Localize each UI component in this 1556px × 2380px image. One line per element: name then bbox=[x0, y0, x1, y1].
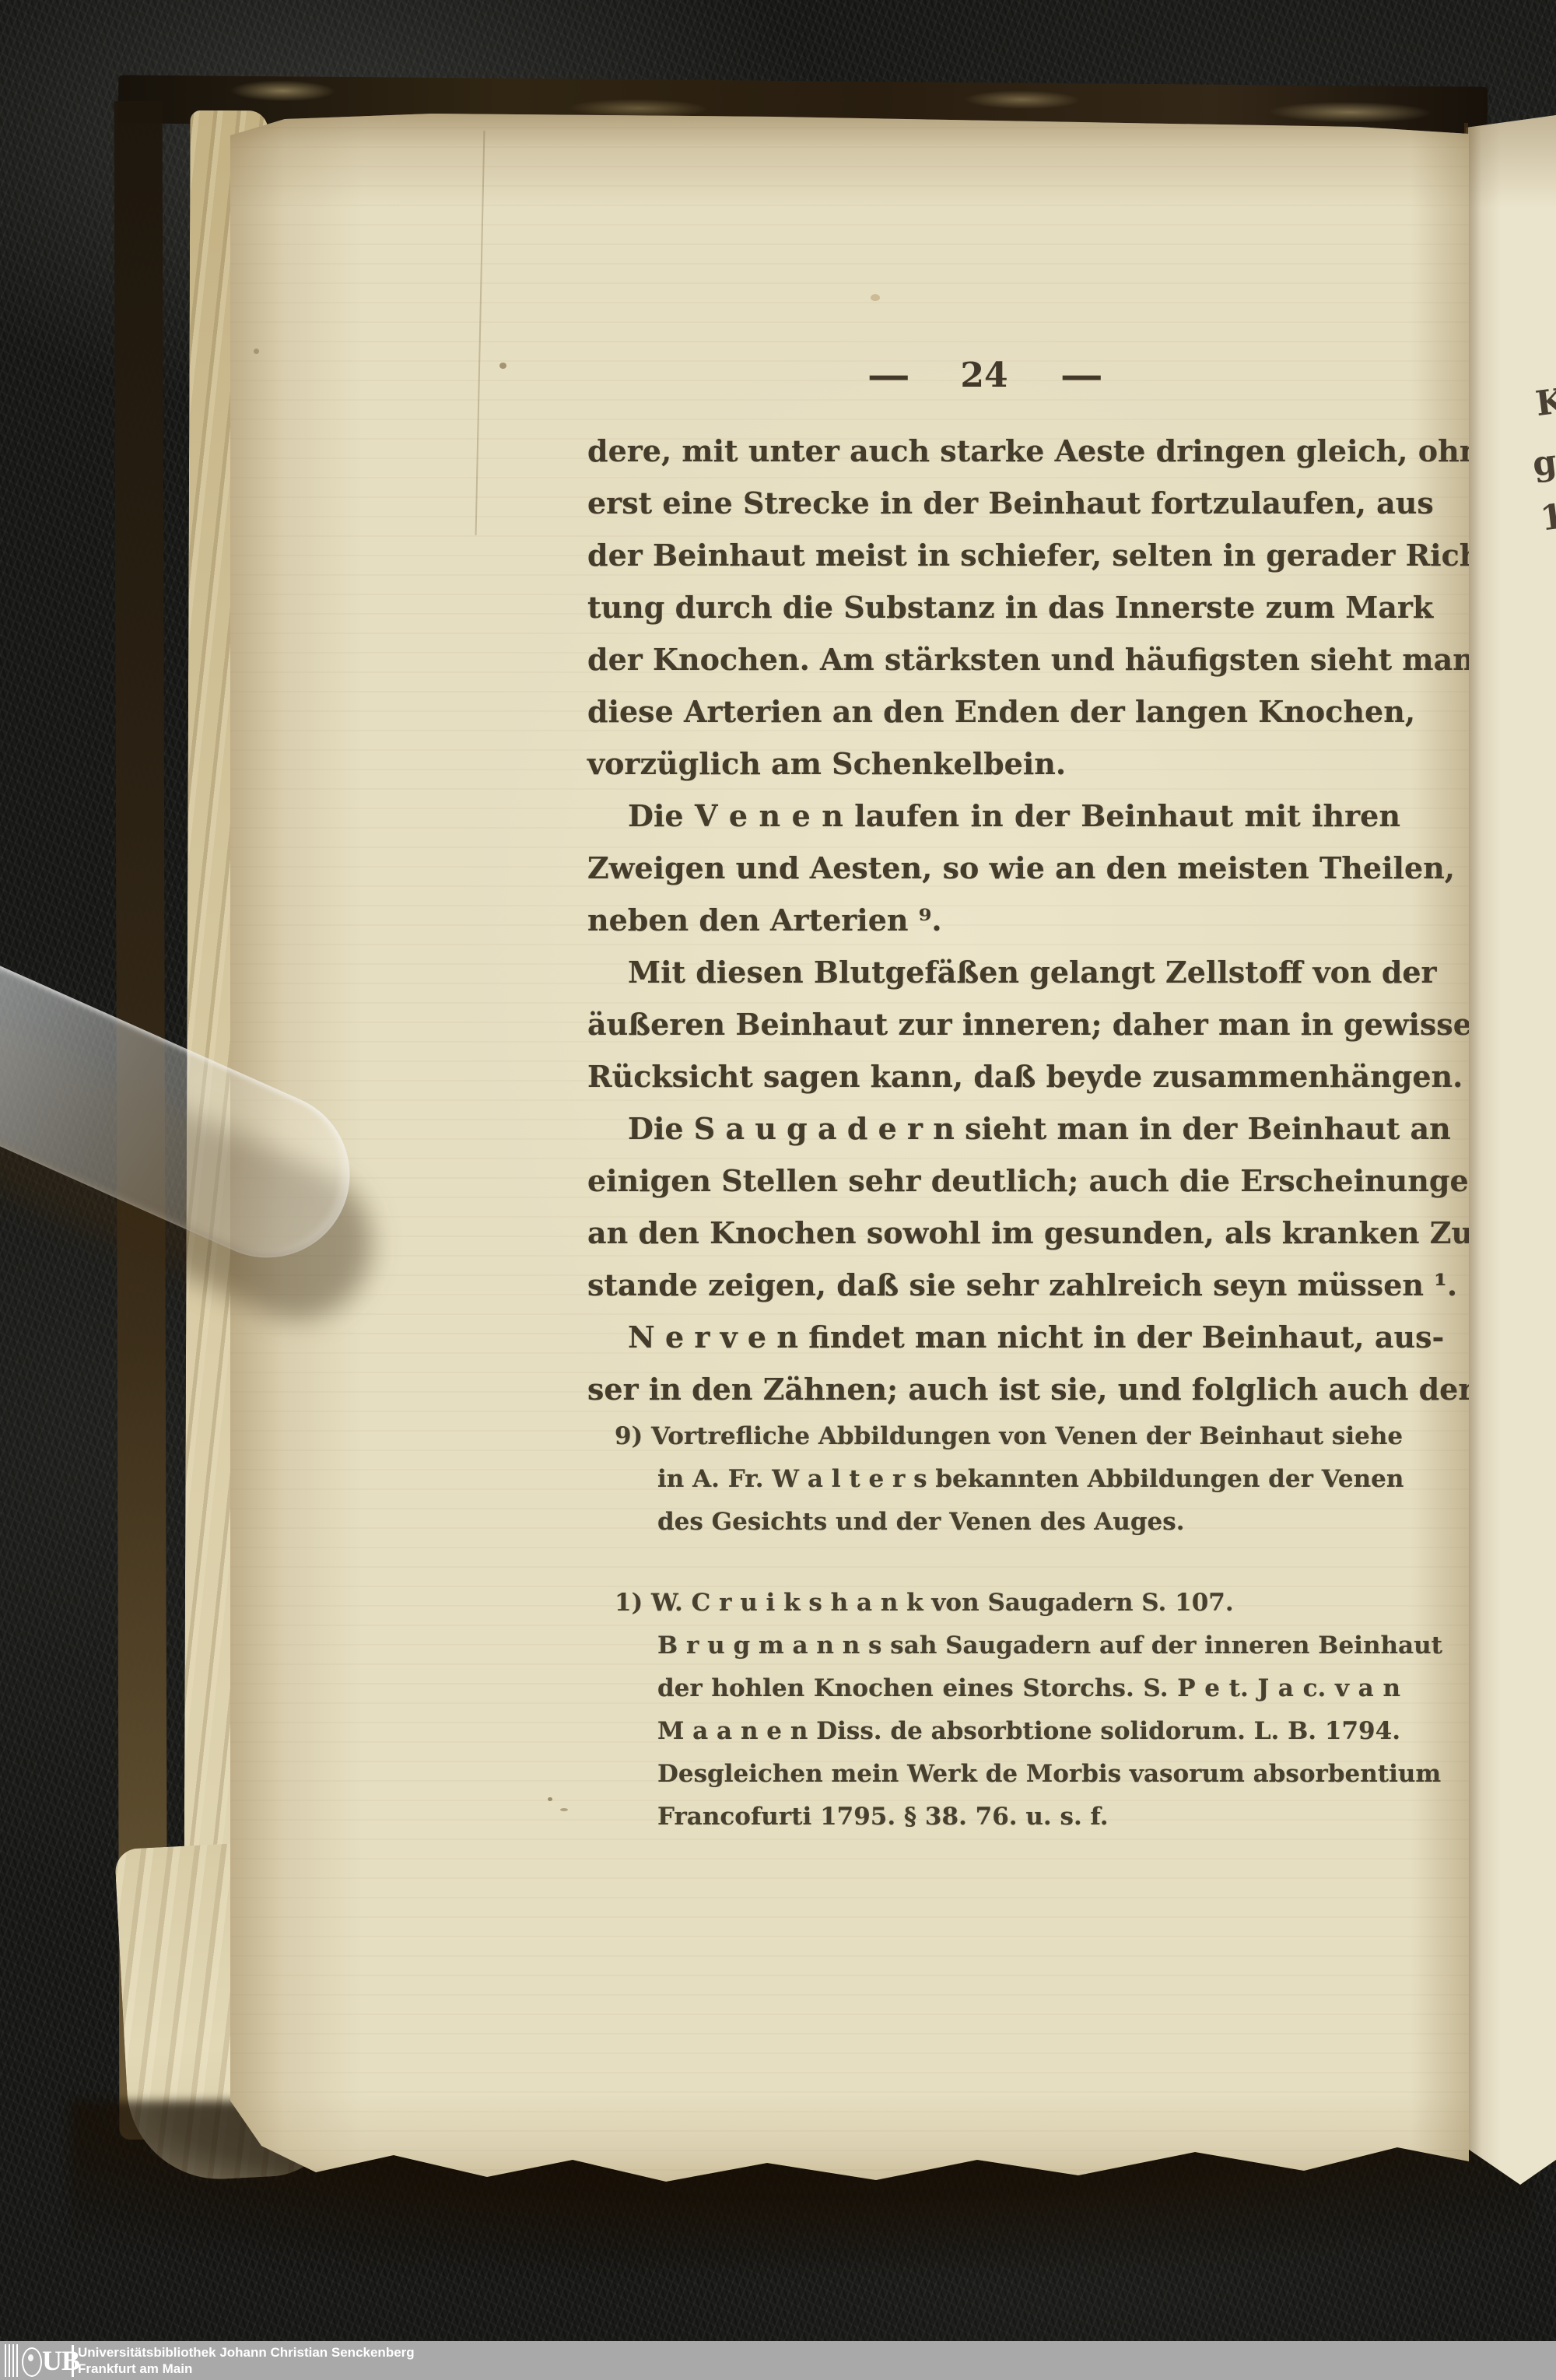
page-number: 24 bbox=[960, 356, 1008, 395]
book-lines-icon bbox=[5, 2344, 6, 2377]
text-line: tung durch die Substanz in das Innerste … bbox=[587, 586, 1400, 633]
text-line: vorzüglich am Schenkelbein. bbox=[587, 742, 1400, 789]
text-line: N e r v e n findet man nicht in der Bein… bbox=[587, 1316, 1400, 1362]
text-line: der Knochen. Am stärksten und häufigsten… bbox=[587, 638, 1400, 685]
text-line: ser in den Zähnen; auch ist sie, und fol… bbox=[587, 1368, 1400, 1414]
text-line: an den Knochen sowohl im gesunden, als k… bbox=[587, 1211, 1400, 1258]
portrait-icon bbox=[22, 2347, 42, 2377]
paper-speck bbox=[560, 1808, 568, 1811]
paper-speck bbox=[548, 1797, 552, 1801]
book-scan-root: K g 1 — 24 — dere, mit unter auch starke… bbox=[0, 0, 1556, 2380]
main-page: — 24 — dere, mit unter auch starke Aeste… bbox=[230, 107, 1469, 2210]
header-dash-right: — bbox=[1060, 352, 1102, 398]
text-line: Zweigen und Aesten, so wie an den meiste… bbox=[587, 846, 1400, 893]
footnote-9-line: 9) Vortrefliche Abbildungen von Venen de… bbox=[615, 1418, 1400, 1457]
book-lines-icon bbox=[16, 2344, 18, 2377]
paper-scratch bbox=[475, 131, 485, 535]
footnote-1-line: M a a n e n Diss. de absorbtione solidor… bbox=[615, 1713, 1400, 1752]
text-line: erst eine Strecke in der Beinhaut fortzu… bbox=[587, 482, 1400, 528]
watermark-banner: UB Universitätsbibliothek Johann Christi… bbox=[0, 2341, 1556, 2380]
text-line: neben den Arterien ⁹. bbox=[587, 899, 1400, 945]
facing-page-fragment: K bbox=[1533, 381, 1556, 424]
watermark-text: Universitätsbibliothek Johann Christian … bbox=[78, 2344, 415, 2377]
text-line: äußeren Beinhaut zur inneren; daher man … bbox=[587, 1003, 1400, 1050]
text-line: Die V e n e n laufen in der Beinhaut mit… bbox=[587, 794, 1400, 841]
text-line: einigen Stellen sehr deutlich; auch die … bbox=[587, 1159, 1400, 1206]
footnote-1-line: 1) W. C r u i k s h a n k von Saugadern … bbox=[615, 1585, 1400, 1624]
book-lines-icon bbox=[12, 2344, 14, 2377]
text-line: dere, mit unter auch starke Aeste dringe… bbox=[587, 429, 1400, 476]
header-dash-left: — bbox=[867, 352, 909, 398]
paper-stain bbox=[871, 294, 880, 301]
footnote-1-line: der hohlen Knochen eines Storchs. S. P e… bbox=[615, 1670, 1400, 1709]
footnote-9-line: in A. Fr. W a l t e r s bekannten Abbild… bbox=[615, 1461, 1400, 1500]
page-header: — 24 — bbox=[871, 353, 1097, 397]
text-line: der Beinhaut meist in schiefer, selten i… bbox=[587, 534, 1400, 580]
facing-page-fragment: g bbox=[1530, 442, 1556, 484]
paper-speck bbox=[254, 349, 259, 354]
footnote-1-line: Desgleichen mein Werk de Morbis vasorum … bbox=[615, 1756, 1400, 1795]
watermark-institution: Universitätsbibliothek Johann Christian … bbox=[78, 2344, 415, 2361]
text-line: Die S a u g a d e r n sieht man in der B… bbox=[587, 1107, 1400, 1154]
footnote-1-line: Francofurti 1795. § 38. 76. u. s. f. bbox=[615, 1799, 1400, 1838]
text-line: diese Arterien an den Enden der langen K… bbox=[587, 690, 1400, 737]
text-line: stande zeigen, daß sie sehr zahlreich se… bbox=[587, 1264, 1400, 1310]
footnote-9-line: des Gesichts und der Venen des Auges. bbox=[615, 1504, 1400, 1543]
next-page-sliver bbox=[1466, 115, 1556, 2208]
footnote-1-line: B r u g m a n n s sah Saugadern auf der … bbox=[615, 1628, 1400, 1667]
watermark-city: Frankfurt am Main bbox=[78, 2361, 415, 2377]
text-line: Rücksicht sagen kann, daß beyde zusammen… bbox=[587, 1055, 1400, 1102]
text-line: Mit diesen Blutgefäßen gelangt Zellstoff… bbox=[587, 951, 1400, 997]
portrait-head-icon bbox=[28, 2354, 33, 2361]
logo-divider bbox=[72, 2345, 74, 2377]
book-lines-icon bbox=[9, 2344, 10, 2377]
paper-speck bbox=[499, 363, 506, 369]
ub-logo: UB bbox=[5, 2343, 72, 2378]
